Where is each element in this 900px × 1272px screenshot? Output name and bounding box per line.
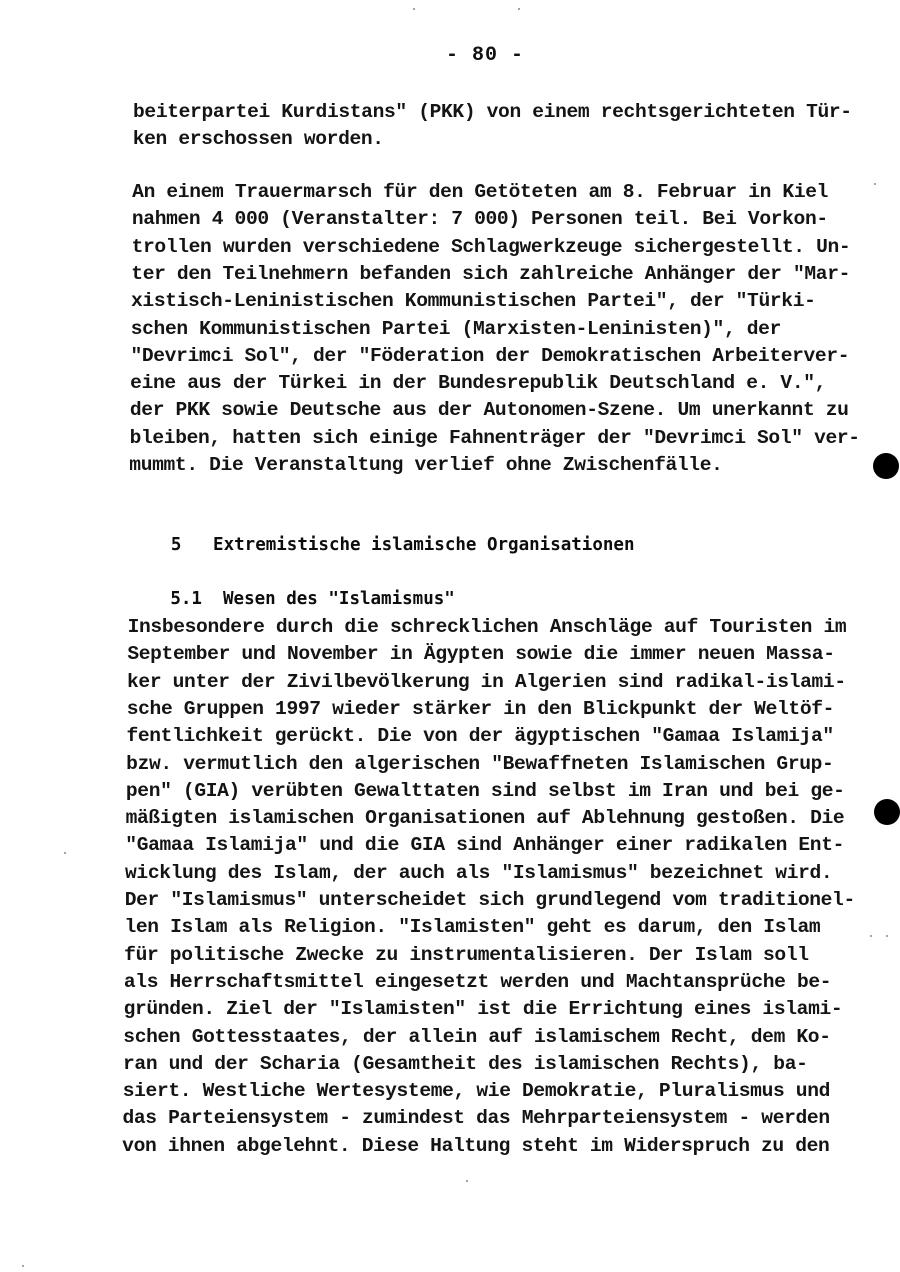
- subsection-title: Wesen des "Islamismus": [223, 589, 455, 609]
- text-line: len Islam als Religion. "Islamisten" geh…: [124, 914, 820, 941]
- text-line: bleiben, hatten sich einige Fahnenträger…: [130, 425, 860, 452]
- scan-speck: [886, 935, 888, 937]
- text-line: bzw. vermutlich den algerischen "Bewaffn…: [126, 751, 833, 778]
- text-line: wicklung des Islam, der auch als "Islami…: [125, 860, 832, 887]
- text-line: für politische Zwecke zu instrumentalisi…: [124, 942, 809, 969]
- text-line: fentlichkeit gerückt. Die von der ägypti…: [126, 723, 833, 750]
- text-line: das Parteiensystem - zumindest das Mehrp…: [122, 1105, 829, 1132]
- subsection-number: 5.1: [170, 589, 202, 609]
- scan-speck: [870, 935, 872, 937]
- text-line: schen Gottesstaates, der allein auf isla…: [123, 1024, 830, 1051]
- scan-speck: [518, 8, 520, 10]
- text-line: Der "Islamismus" unterscheidet sich grun…: [125, 887, 855, 914]
- punch-hole-mark: [873, 453, 899, 479]
- punch-hole-mark: [874, 799, 900, 825]
- page-number: - 80 -: [0, 44, 900, 67]
- text-line: sche Gruppen 1997 wieder stärker in den …: [127, 696, 834, 723]
- text-line: ter den Teilnehmern befanden sich zahlre…: [131, 261, 850, 288]
- text-line: September und November in Ägypten sowie …: [127, 641, 834, 668]
- text-line: siert. Westliche Wertesysteme, wie Demok…: [123, 1078, 830, 1105]
- scan-speck: [413, 8, 415, 10]
- text-line: nahmen 4 000 (Veranstalter: 7 000) Perso…: [132, 206, 828, 233]
- scan-speck: [64, 852, 66, 854]
- text-line: eine aus der Türkei in der Bundesrepubli…: [130, 370, 826, 397]
- text-line: von ihnen abgelehnt. Diese Haltung steht…: [122, 1133, 829, 1160]
- text-line: xistisch-Leninistischen Kommunistischen …: [131, 288, 816, 315]
- scan-speck: [466, 1180, 468, 1182]
- text-line: der PKK sowie Deutsche aus der Autonomen…: [130, 397, 849, 424]
- subsection-heading: 5.1 Wesen des "Islamismus": [128, 559, 455, 640]
- text-line: gründen. Ziel der "Islamisten" ist die E…: [124, 996, 843, 1023]
- scan-speck: [874, 183, 876, 185]
- text-line: mäßigten islamischen Organisationen auf …: [126, 805, 845, 832]
- text-line: beiterpartei Kurdistans" (PKK) von einem…: [133, 99, 852, 126]
- text-line: mummt. Die Veranstaltung verlief ohne Zw…: [129, 452, 722, 479]
- text-line: trollen wurden verschiedene Schlagwerkze…: [132, 234, 851, 261]
- text-line: ran und der Scharia (Gesamtheit des isla…: [123, 1051, 808, 1078]
- section-title: Extremistische islamische Organisationen: [213, 535, 634, 555]
- text-line: "Gamaa Islamija" und die GIA sind Anhäng…: [125, 832, 844, 859]
- text-line: als Herrschaftsmittel eingesetzt werden …: [124, 969, 831, 996]
- section-number: 5: [171, 535, 182, 555]
- text-line: schen Kommunistischen Partei (Marxisten-…: [131, 316, 781, 343]
- text-line: An einem Trauermarsch für den Getöteten …: [132, 179, 828, 206]
- scanned-document-page: - 80 - beiterpartei Kurdistans" (PKK) vo…: [0, 0, 900, 1272]
- text-line: pen" (GIA) verübten Gewalttaten sind sel…: [126, 778, 845, 805]
- scan-speck: [22, 1265, 24, 1267]
- text-line: "Devrimci Sol", der "Föderation der Demo…: [130, 343, 849, 370]
- text-line: ker unter der Zivilbevölkerung in Algeri…: [127, 669, 846, 696]
- text-line: ken erschossen worden.: [133, 126, 384, 153]
